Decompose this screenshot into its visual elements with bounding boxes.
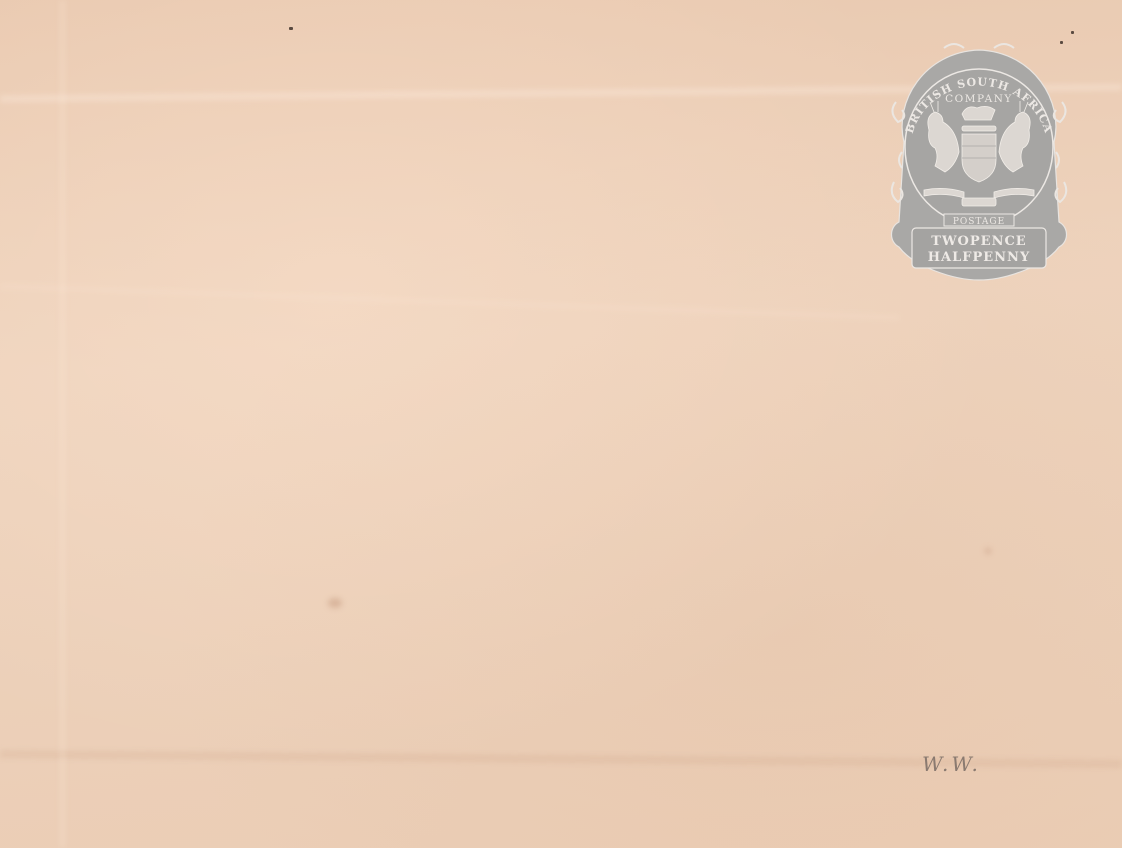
paper-crease	[60, 0, 65, 848]
stamp-value-line2: HALFPENNY	[928, 250, 1030, 265]
handwritten-annotation: W.W.	[922, 752, 981, 776]
paper-stain	[328, 598, 342, 608]
paper-crease	[0, 284, 900, 319]
paper-speck	[289, 27, 293, 30]
stamp-postage-label: POSTAGE	[953, 217, 1005, 227]
stamp-company-text: COMPANY	[945, 93, 1013, 105]
stamp-value-line1: TWOPENCE	[931, 234, 1026, 249]
paper-speck	[1071, 31, 1074, 34]
embossed-stamp: BRITISH SOUTH AFRICA COMPANY	[884, 42, 1074, 282]
paper-stain	[985, 548, 991, 554]
envelope: BRITISH SOUTH AFRICA COMPANY	[0, 0, 1122, 848]
